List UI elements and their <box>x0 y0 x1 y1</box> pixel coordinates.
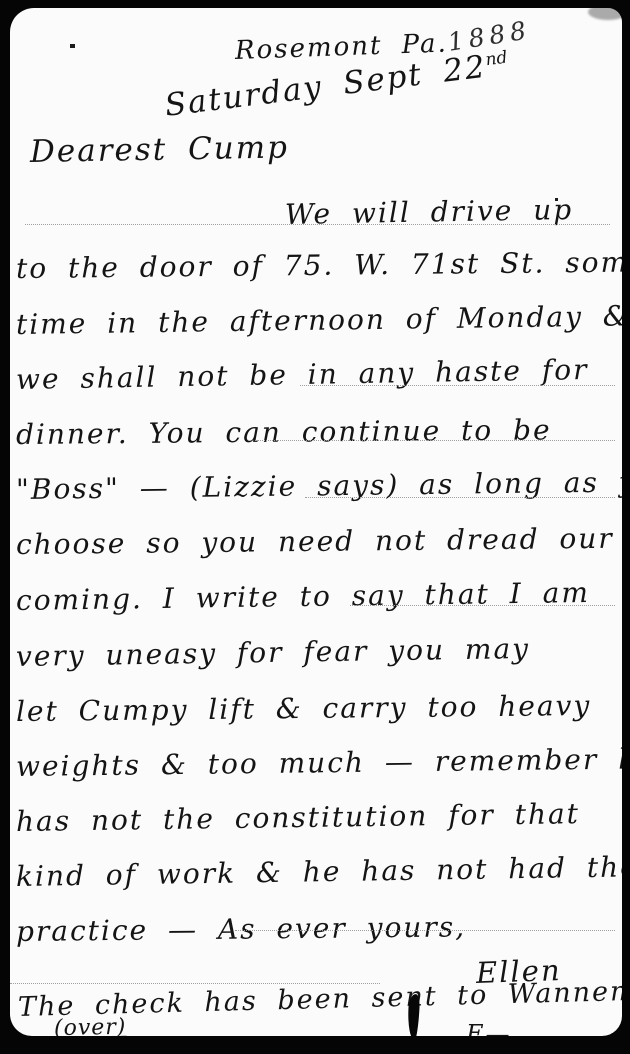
body-line: kind of work & he has not had the <box>16 850 622 893</box>
scan-artifact-line <box>300 385 615 386</box>
body-line: weights & too much — remember he <box>16 742 622 783</box>
body-line: let Cumpy lift & carry too heavy <box>16 689 592 728</box>
body-line: very uneasy for fear you may <box>16 632 530 673</box>
scan-speck <box>70 44 75 48</box>
margin-initial: E— <box>466 1020 512 1036</box>
scan-artifact-line <box>25 224 610 225</box>
scanned-letter: Rosemont Pa. 1888 Saturday Sept 22nd Dea… <box>0 0 630 1054</box>
body-line: time in the afternoon of Monday & <box>16 299 622 341</box>
scan-ink-blot <box>407 994 420 1036</box>
body-line: coming. I write to say that I am <box>16 576 590 617</box>
body-line: to the door of 75. W. 71st St. some <box>16 245 622 285</box>
scan-artifact-line <box>305 497 615 498</box>
letter-page: Rosemont Pa. 1888 Saturday Sept 22nd Dea… <box>10 8 622 1036</box>
body-line: choose so you need not dread our <box>16 522 614 561</box>
scan-smudge <box>588 8 622 20</box>
over-note: (over) <box>54 1015 127 1036</box>
body-line: has not the constitution for that <box>16 797 580 838</box>
scan-artifact-line <box>255 440 615 441</box>
body-line: we shall not be in any haste for <box>16 353 589 396</box>
date-ordinal: nd <box>484 48 508 71</box>
scan-speck <box>555 198 558 201</box>
body-line: dinner. You can continue to be <box>16 413 552 451</box>
scan-artifact-line <box>235 930 615 931</box>
scan-artifact-line <box>350 605 615 606</box>
opening-line: We will drive up <box>285 193 574 231</box>
scan-artifact-line <box>10 983 380 984</box>
salutation: Dearest Cump <box>30 129 290 170</box>
body-line: "Boss" — (Lizzie says) as long as you <box>16 465 622 506</box>
